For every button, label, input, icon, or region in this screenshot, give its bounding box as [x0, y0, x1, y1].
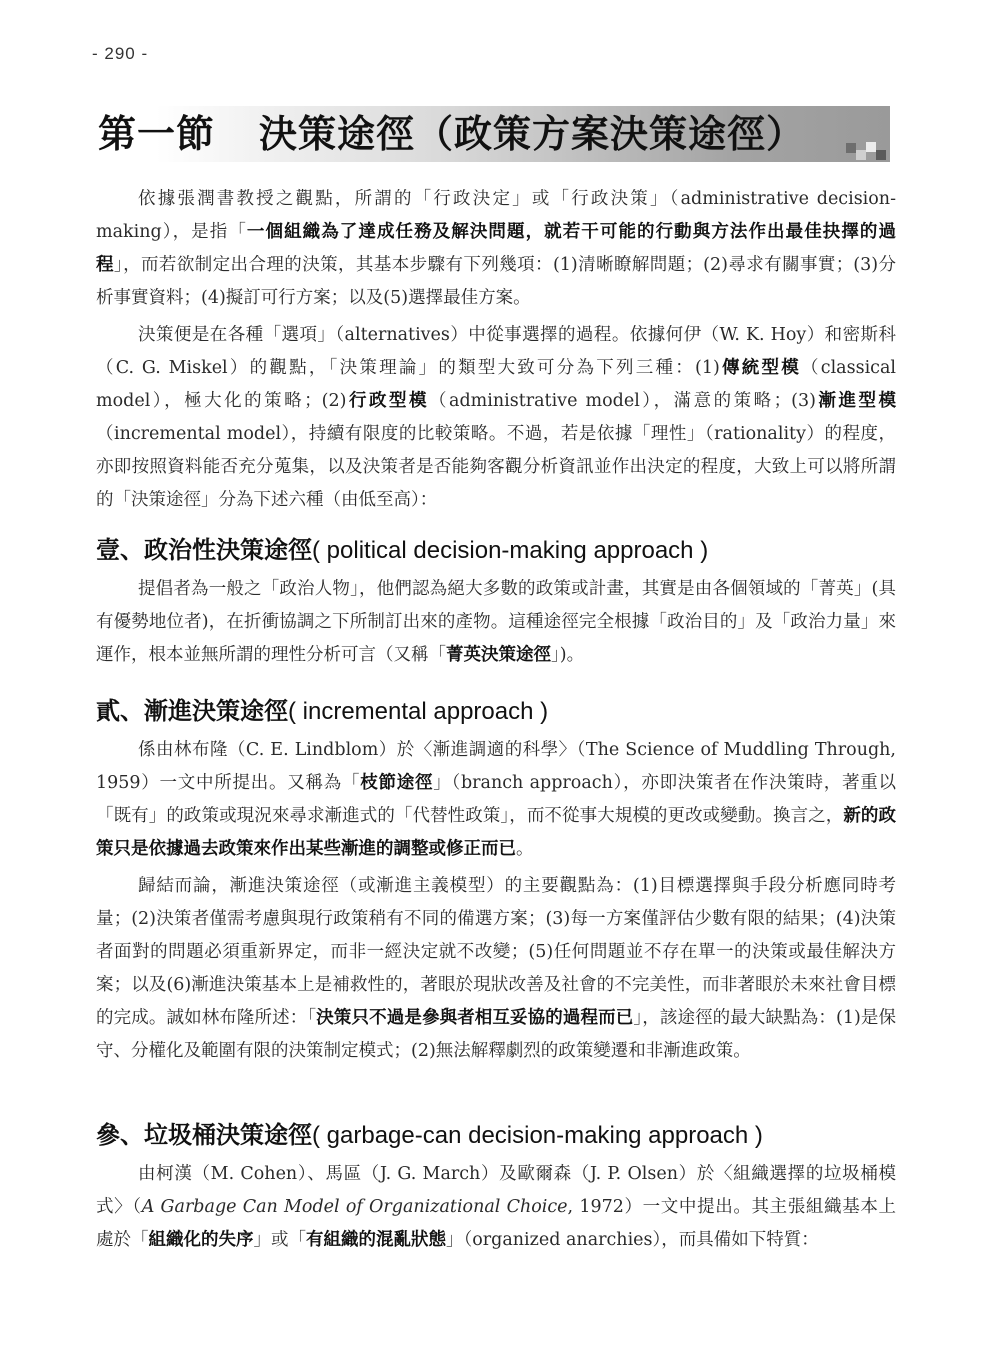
section-2-body: 係由林布隆（C. E. Lindblom）於〈漸進調適的科學〉（The Scie…: [96, 734, 896, 1068]
chapter-title-text: 決策途徑（政策方案決策途徑）: [259, 111, 805, 156]
emphasis-text: 漸進型模: [816, 391, 896, 411]
checker-square: [846, 143, 856, 153]
checker-square: [856, 150, 866, 160]
heading-zh: 壹、政治性決策途徑: [96, 535, 312, 564]
heading-zh: 貳、漸進決策途徑: [96, 696, 288, 725]
intro-block: 依據張潤書教授之觀點，所謂的「行政決定」或「行政決策」（administrati…: [96, 183, 896, 517]
section-heading-1: 壹、政治性決策途徑( political decision-making app…: [96, 530, 896, 565]
heading-zh: 參、垃圾桶決策途徑: [96, 1120, 312, 1149]
text-run: （incremental model），持續有限度的比較策略。不過，若是依據「理…: [96, 424, 896, 510]
text-run: 」或「: [254, 1230, 307, 1250]
section-3-body: 由柯漢（M. Cohen）、馬區（J. G. March）及歐爾森（J. P. …: [96, 1158, 896, 1257]
text-run: 」，而若欲制定出合理的決策，其基本步驟有下列幾項：(1)清晰瞭解問題；(2)尋求…: [96, 255, 896, 308]
emphasis-text: 決策只不過是參與者相互妥協的過程而已: [316, 1008, 633, 1028]
checker-square: [866, 142, 876, 152]
text-run: 歸結而論，漸進決策途徑（或漸進主義模型）的主要觀點為：(1)目標選擇與手段分析應…: [96, 876, 896, 1028]
emphasis-text: 行政型模: [346, 391, 429, 411]
page-number: - 290 -: [92, 44, 148, 64]
text-run: （administrative model），滿意的策略；(3): [429, 391, 816, 411]
checker-square: [876, 150, 886, 160]
section-heading-3: 參、垃圾桶決策途徑( garbage-can decision-making a…: [96, 1115, 896, 1150]
intro-paragraph-2: 決策便是在各種「選項」（alternatives）中從事選擇的過程。依據何伊（W…: [96, 319, 896, 517]
section-1-body: 提倡者為一般之「政治人物」，他們認為絕大多數的政策或計畫，其實是由各個領域的「菁…: [96, 573, 896, 672]
heading-en: ( incremental approach ): [288, 698, 548, 725]
section-1-paragraph-1: 提倡者為一般之「政治人物」，他們認為絕大多數的政策或計畫，其實是由各個領域的「菁…: [96, 573, 896, 672]
section-2-paragraph-1: 係由林布隆（C. E. Lindblom）於〈漸進調適的科學〉（The Scie…: [96, 734, 896, 866]
section-heading-2: 貳、漸進決策途徑( incremental approach ): [96, 691, 896, 726]
emphasis-text: 菁英決策途徑: [446, 645, 551, 665]
section-2-paragraph-2: 歸結而論，漸進決策途徑（或漸進主義模型）的主要觀點為：(1)目標選擇與手段分析應…: [96, 870, 896, 1068]
emphasis-text: 枝節途徑: [360, 773, 433, 793]
emphasis-text: 有組織的混亂狀態: [306, 1230, 446, 1250]
heading-en: ( garbage-can decision-making approach ): [312, 1122, 763, 1149]
text-run: 」)。: [551, 645, 584, 665]
emphasis-text: 組織化的失序: [149, 1230, 254, 1250]
chapter-title: 第一節決策途徑（政策方案決策途徑）: [98, 108, 805, 160]
italic-title: A Garbage Can Model of Organizational Ch…: [142, 1197, 568, 1217]
intro-paragraph-1: 依據張潤書教授之觀點，所謂的「行政決定」或「行政決策」（administrati…: [96, 183, 896, 315]
section-3-paragraph-1: 由柯漢（M. Cohen）、馬區（J. G. March）及歐爾森（J. P. …: [96, 1158, 896, 1257]
chapter-section-label: 第一節: [98, 111, 215, 156]
emphasis-text: 傳統型模: [720, 358, 801, 378]
text-run: 」（organized anarchies），而具備如下特質：: [446, 1230, 819, 1250]
heading-en: ( political decision-making approach ): [312, 537, 708, 564]
text-run: 。: [516, 839, 534, 859]
